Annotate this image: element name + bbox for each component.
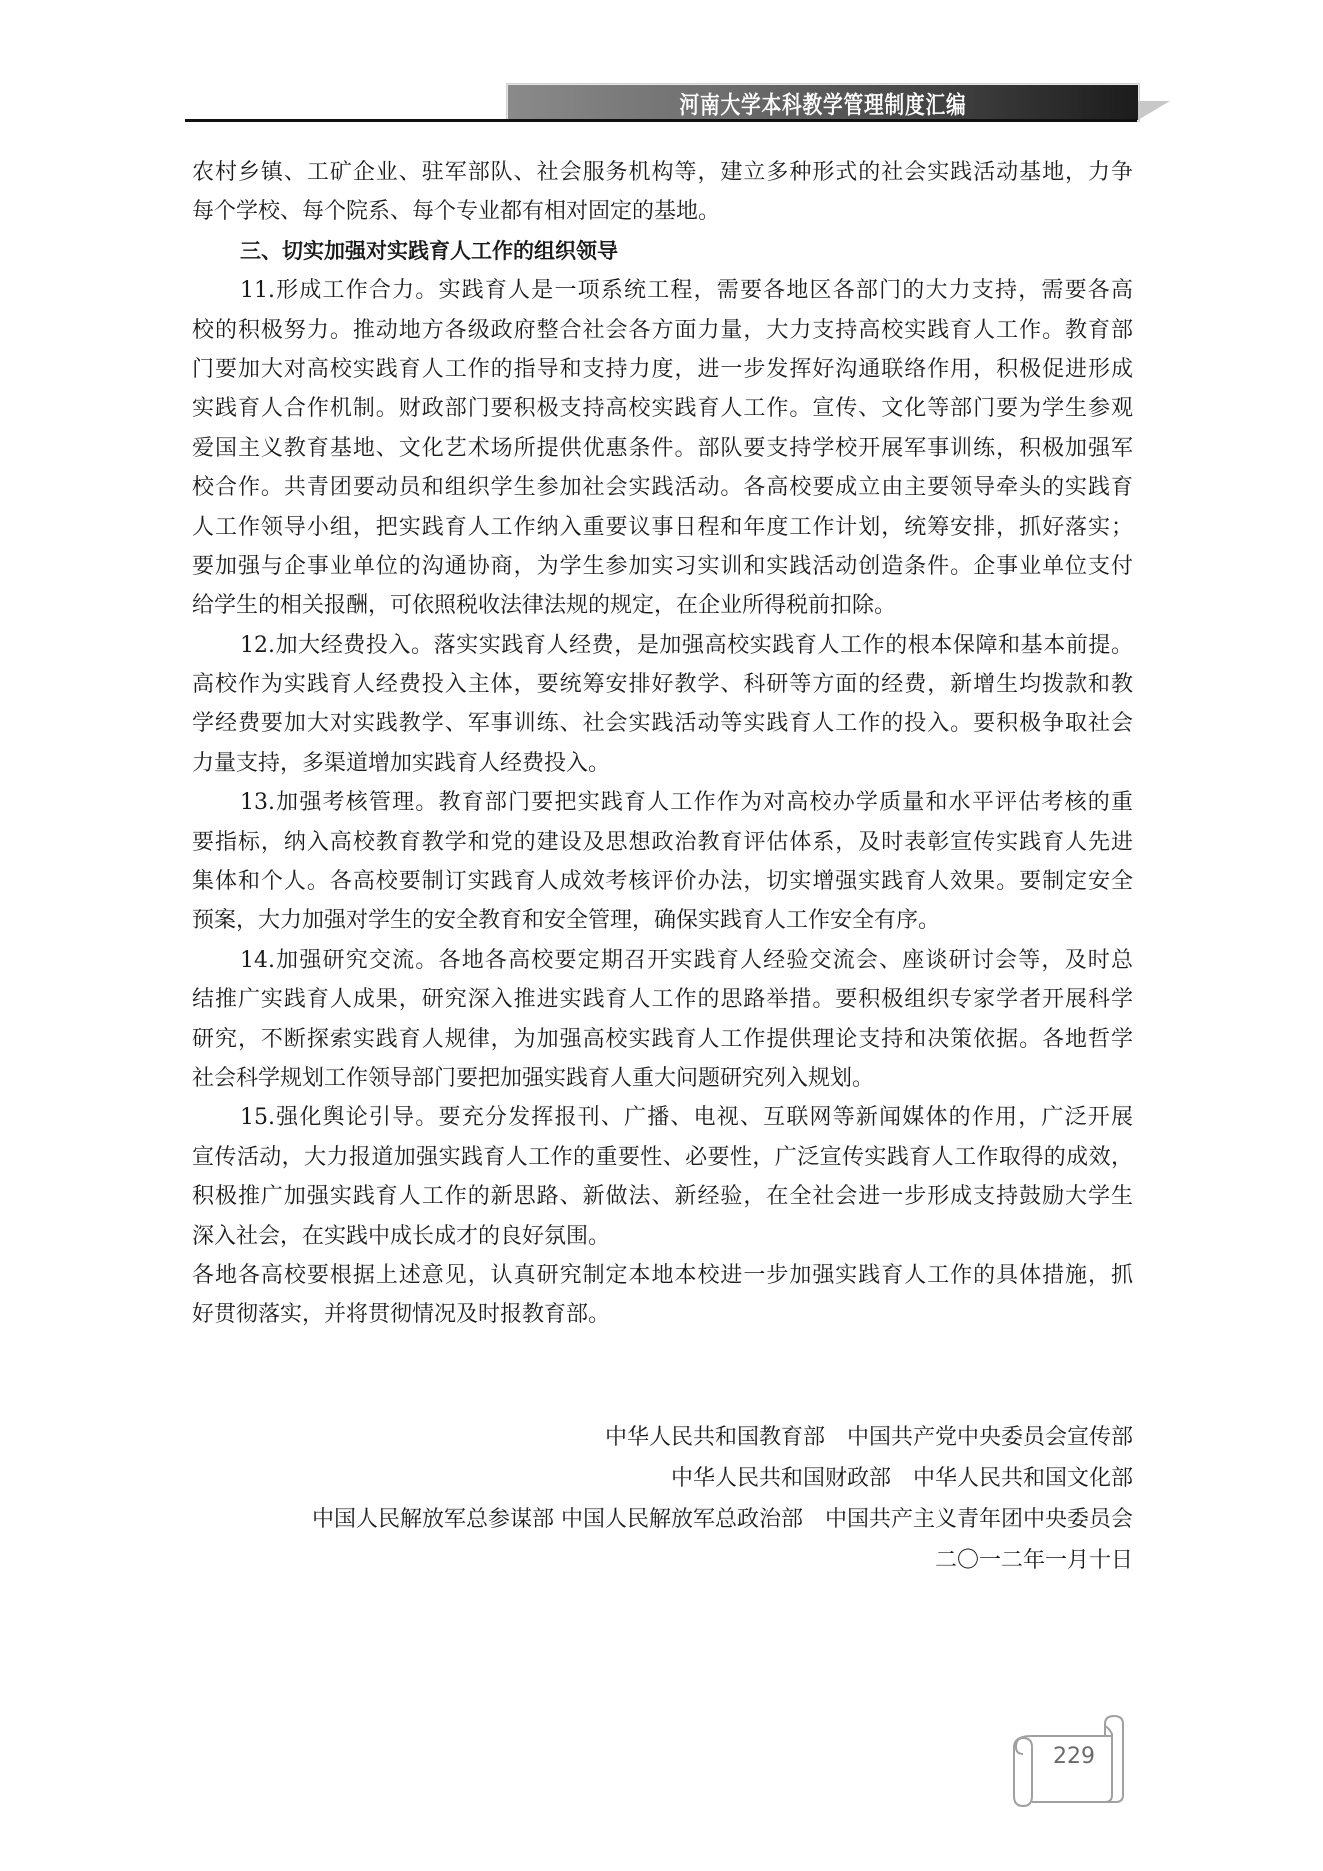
signature-block: 中华人民共和国教育部 中国共产党中央委员会宣传部中华人民共和国财政部 中华人民共…	[312, 1417, 1133, 1581]
text-line: 校合作。共青团要动员和组织学生参加社会实践活动。各高校要成立由主要领导牵头的实践…	[192, 468, 1133, 507]
text-line: 好贯彻落实，并将贯彻情况及时报教育部。	[192, 1295, 1133, 1334]
text-line: 14.加强研究交流。各地各高校要定期召开实践育人经验交流会、座谈研讨会等，及时总	[192, 941, 1133, 980]
text-line: 宣传活动，大力报道加强实践育人工作的重要性、必要性，广泛宣传实践育人工作取得的成…	[192, 1138, 1133, 1177]
text-line: 集体和个人。各高校要制订实践育人成效考核评价办法，切实增强实践育人效果。要制定安…	[192, 862, 1133, 901]
running-header-bar: 河南大学本科教学管理制度汇编	[507, 84, 1139, 121]
header-fold-decoration	[1138, 101, 1170, 120]
text-line: 社会科学规划工作领导部门要把加强实践育人重大问题研究列入规划。	[192, 1059, 1133, 1098]
section-heading: 三、切实加强对实践育人工作的组织领导	[192, 232, 1133, 271]
text-line: 11.形成工作合力。实践育人是一项系统工程，需要各地区各部门的大力支持，需要各高	[192, 271, 1133, 310]
text-line: 实践育人合作机制。财政部门要积极支持高校实践育人工作。宣传、文化等部门要为学生参…	[192, 389, 1133, 428]
text-line: 结推广实践育人成果，研究深入推进实践育人工作的思路举措。要积极组织专家学者开展科…	[192, 980, 1133, 1019]
text-line: 门要加大对高校实践育人工作的指导和支持力度，进一步发挥好沟通联络作用，积极促进形…	[192, 350, 1133, 389]
text-line: 给学生的相关报酬，可依照税收法律法规的规定，在企业所得税前扣除。	[192, 586, 1133, 625]
document-body: 农村乡镇、工矿企业、驻军部队、社会服务机构等，建立多种形式的社会实践活动基地，力…	[192, 153, 1133, 1335]
text-line: 要指标，纳入高校教育教学和党的建设及思想政治教育评估体系，及时表彰宣传实践育人先…	[192, 823, 1133, 862]
text-line: 爱国主义教育基地、文化艺术场所提供优惠条件。部队要支持学校开展军事训练，积极加强…	[192, 429, 1133, 468]
text-line: 高校作为实践育人经费投入主体，要统筹安排好教学、科研等方面的经费，新增生均拨款和…	[192, 665, 1133, 704]
text-line: 13.加强考核管理。教育部门要把实践育人工作作为对高校办学质量和水平评估考核的重	[192, 783, 1133, 822]
running-header-title: 河南大学本科教学管理制度汇编	[680, 85, 967, 120]
signature-line: 中国人民解放军总参谋部 中国人民解放军总政治部 中国共产主义青年团中央委员会	[312, 1499, 1133, 1540]
text-line: 要加强与企事业单位的沟通协商，为学生参加实习实训和实践活动创造条件。企事业单位支…	[192, 547, 1133, 586]
text-line: 学经费要加大对实践教学、军事训练、社会实践活动等实践育人工作的投入。要积极争取社…	[192, 704, 1133, 743]
text-line: 人工作领导小组，把实践育人工作纳入重要议事日程和年度工作计划，统筹安排，抓好落实…	[192, 508, 1133, 547]
page-number: 229	[1044, 1744, 1104, 1769]
signature-line: 中华人民共和国财政部 中华人民共和国文化部	[312, 1458, 1133, 1499]
signature-date: 二〇一二年一月十日	[312, 1540, 1133, 1581]
text-line: 校的积极努力。推动地方各级政府整合社会各方面力量，大力支持高校实践育人工作。教育…	[192, 311, 1133, 350]
text-line: 预案，大力加强对学生的安全教育和安全管理，确保实践育人工作安全有序。	[192, 901, 1133, 940]
header-rule	[185, 119, 1137, 122]
text-line: 各地各高校要根据上述意见，认真研究制定本地本校进一步加强实践育人工作的具体措施，…	[192, 1256, 1133, 1295]
text-line: 积极推广加强实践育人工作的新思路、新做法、新经验，在全社会进一步形成支持鼓励大学…	[192, 1177, 1133, 1216]
text-line: 深入社会，在实践中成长成才的良好氛围。	[192, 1217, 1133, 1256]
text-line: 15.强化舆论引导。要充分发挥报刊、广播、电视、互联网等新闻媒体的作用，广泛开展	[192, 1098, 1133, 1137]
text-line: 研究，不断探索实践育人规律，为加强高校实践育人工作提供理论支持和决策依据。各地哲…	[192, 1020, 1133, 1059]
text-line: 农村乡镇、工矿企业、驻军部队、社会服务机构等，建立多种形式的社会实践活动基地，力…	[192, 153, 1133, 192]
text-line: 每个学校、每个院系、每个专业都有相对固定的基地。	[192, 192, 1133, 231]
text-line: 力量支持，多渠道增加实践育人经费投入。	[192, 744, 1133, 783]
text-line: 12.加大经费投入。落实实践育人经费，是加强高校实践育人工作的根本保障和基本前提…	[192, 626, 1133, 665]
signature-line: 中华人民共和国教育部 中国共产党中央委员会宣传部	[312, 1417, 1133, 1458]
